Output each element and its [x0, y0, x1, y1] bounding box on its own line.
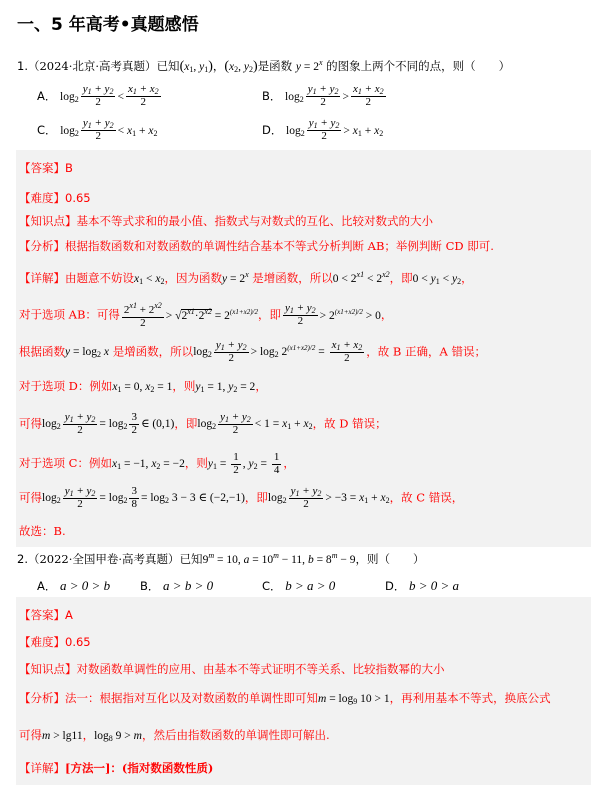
option-label: A．: [37, 89, 56, 103]
detail-line-5: 可得log2y1 + y22= log232∈ (0,1)，即log2y1 + …: [19, 412, 387, 437]
difficulty-tag: 【难度】: [19, 635, 65, 649]
detail-line-7: 可得log2y1 + y22= log238= log2 3 − 3 ∈ (−2…: [19, 486, 463, 511]
answer-row-2: 【答案】A: [19, 607, 73, 623]
knowledge-tag: 【知识点】: [19, 662, 77, 676]
detail-line-2: 对于选项 AB：可得2x1 + 2x22> √2x1·2x2 = 2(x1+x2…: [19, 302, 392, 329]
stem-text: ，则（ ）: [355, 552, 424, 566]
option-c[interactable]: C． log2y1 + y22< x1 + x2: [37, 118, 157, 143]
answer-value: A: [65, 608, 73, 622]
knowledge-text: 基本不等式求和的最小值、指数式与对数式的互化、比较对数式的大小: [77, 214, 434, 228]
option-expr: b > a > 0: [285, 578, 335, 593]
difficulty-value: 0.65: [65, 635, 91, 649]
question-source: （2024·北京·高考真题）: [28, 59, 157, 73]
analysis-tag: 【分析】: [19, 691, 65, 705]
detail-line-6: 对于选项 C：例如x1 = −1, x2 = −2，则y1 = 12, y2 =…: [19, 452, 295, 476]
question-number: 2.: [17, 552, 28, 566]
detail-tag: 【详解】: [19, 761, 65, 775]
option-d[interactable]: D． b > 0 > a: [385, 578, 459, 594]
answer-tag: 【答案】: [19, 161, 65, 175]
analysis-row-2-cont: 可得m > lg11，log8 9 > m，然后由指数函数的单调性即可解出.: [19, 727, 330, 743]
knowledge-row-2: 【知识点】对数函数单调性的应用、由基本不等式证明不等关系、比较指数幂的大小: [19, 661, 445, 677]
analysis-text: 根据指数函数和对数函数的单调性结合基本不等式分析判断 AB；举例判断 CD 即可…: [65, 239, 494, 253]
difficulty-tag: 【难度】: [19, 191, 65, 205]
option-a[interactable]: A． log2y1 + y22<x1 + x22: [37, 84, 163, 109]
option-b[interactable]: B． log2y1 + y22>x1 + x22: [262, 84, 388, 109]
option-expr: a > 0 > b: [60, 578, 110, 593]
answer-row-1: 【答案】B: [19, 160, 73, 176]
option-expr: a > b > 0: [163, 578, 213, 593]
knowledge-row-1: 【知识点】基本不等式求和的最小值、指数式与对数式的互化、比较对数式的大小: [19, 213, 433, 229]
stem-comma: ，: [213, 59, 225, 73]
stem-text: 是函数: [258, 59, 293, 73]
knowledge-text: 对数函数单调性的应用、由基本不等式证明不等关系、比较指数幂的大小: [77, 662, 445, 676]
option-label: D．: [262, 123, 282, 137]
option-label: C．: [262, 579, 282, 593]
detail-line-8: 故选：B.: [19, 523, 66, 539]
detail-method: [方法一]：(指对数函数性质): [65, 761, 213, 775]
difficulty-row-1: 【难度】0.65: [19, 190, 91, 206]
question-2-stem: 2.（2022·全国甲卷·高考真题）已知9m = 10, a = 10m − 1…: [17, 551, 424, 567]
option-label: B．: [140, 579, 159, 593]
stem-text: 已知: [180, 552, 203, 566]
option-b[interactable]: B． a > b > 0: [140, 578, 213, 594]
option-label: C．: [37, 123, 57, 137]
question-number: 1.: [17, 59, 28, 73]
analysis-tag: 【分析】: [19, 239, 65, 253]
option-expr: b > 0 > a: [409, 578, 459, 593]
detail-line-3: 根据函数y = log2 x 是增函数，所以log2y1 + y22> log2…: [19, 340, 486, 365]
detail-line-1: 【详解】由题意不妨设x1 < x2，因为函数y = 2x 是增函数，所以0 < …: [19, 270, 473, 286]
option-label: A．: [37, 579, 56, 593]
option-label: D．: [385, 579, 405, 593]
option-c[interactable]: C． b > a > 0: [262, 578, 335, 594]
option-a[interactable]: A． a > 0 > b: [37, 578, 110, 594]
detail-row-2: 【详解】[方法一]：(指对数函数性质): [19, 760, 213, 776]
question-1-stem: 1.（2024·北京·高考真题）已知(x1, y1)，(x2, y2)是函数 y…: [17, 58, 510, 75]
option-label: B．: [262, 89, 281, 103]
answer-value: B: [65, 161, 73, 175]
answer-tag: 【答案】: [19, 608, 65, 622]
difficulty-value: 0.65: [65, 191, 91, 205]
stem-text: 已知: [157, 59, 180, 73]
difficulty-row-2: 【难度】0.65: [19, 634, 91, 650]
detail-tag: 【详解】: [19, 271, 65, 285]
option-d[interactable]: D． log2y1 + y22> x1 + x2: [262, 118, 383, 143]
stem-text: 的图象上两个不同的点，则（ ）: [326, 59, 510, 73]
analysis-row-1: 【分析】根据指数函数和对数函数的单调性结合基本不等式分析判断 AB；举例判断 C…: [19, 238, 494, 254]
detail-line-4: 对于选项 D：例如x1 = 0, x2 = 1，则y1 = 1, y2 = 2，: [19, 378, 267, 394]
question-source: （2022·全国甲卷·高考真题）: [28, 552, 180, 566]
analysis-row-2: 【分析】法一：根据指对互化以及对数函数的单调性即可知m = log9 10 > …: [19, 690, 551, 706]
knowledge-tag: 【知识点】: [19, 214, 77, 228]
section-title: 一、5 年高考•真题感悟: [17, 10, 199, 35]
